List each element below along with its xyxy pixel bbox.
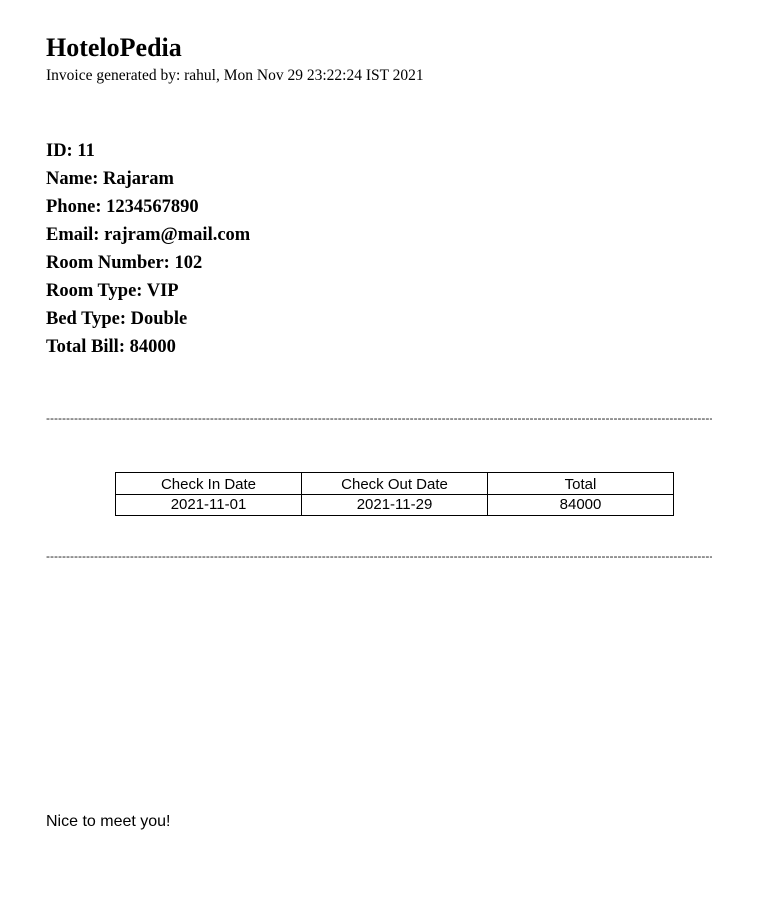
- cell-check-out-date: 2021-11-29: [302, 495, 488, 516]
- dashed-separator: ----------------------------------------…: [46, 411, 712, 425]
- cell-total: 84000: [488, 495, 674, 516]
- detail-id: ID: 11: [46, 137, 250, 165]
- guest-details: ID: 11 Name: Rajaram Phone: 1234567890 E…: [46, 137, 250, 361]
- column-header-check-out: Check Out Date: [302, 473, 488, 495]
- detail-room-type: Room Type: VIP: [46, 277, 250, 305]
- column-header-check-in: Check In Date: [116, 473, 302, 495]
- booking-table: Check In Date Check Out Date Total 2021-…: [115, 472, 674, 516]
- invoice-generated-info: Invoice generated by: rahul, Mon Nov 29 …: [46, 66, 424, 86]
- column-header-total: Total: [488, 473, 674, 495]
- footer-message: Nice to meet you!: [46, 812, 171, 832]
- table-row: 2021-11-01 2021-11-29 84000: [116, 495, 674, 516]
- detail-email: Email: rajram@mail.com: [46, 221, 250, 249]
- detail-bed-type: Bed Type: Double: [46, 305, 250, 333]
- cell-check-in-date: 2021-11-01: [116, 495, 302, 516]
- page-title: HoteloPedia: [46, 31, 182, 65]
- dashed-separator: ----------------------------------------…: [46, 549, 712, 563]
- detail-phone: Phone: 1234567890: [46, 193, 250, 221]
- detail-room-number: Room Number: 102: [46, 249, 250, 277]
- table-header-row: Check In Date Check Out Date Total: [116, 473, 674, 495]
- detail-name: Name: Rajaram: [46, 165, 250, 193]
- detail-total-bill: Total Bill: 84000: [46, 333, 250, 361]
